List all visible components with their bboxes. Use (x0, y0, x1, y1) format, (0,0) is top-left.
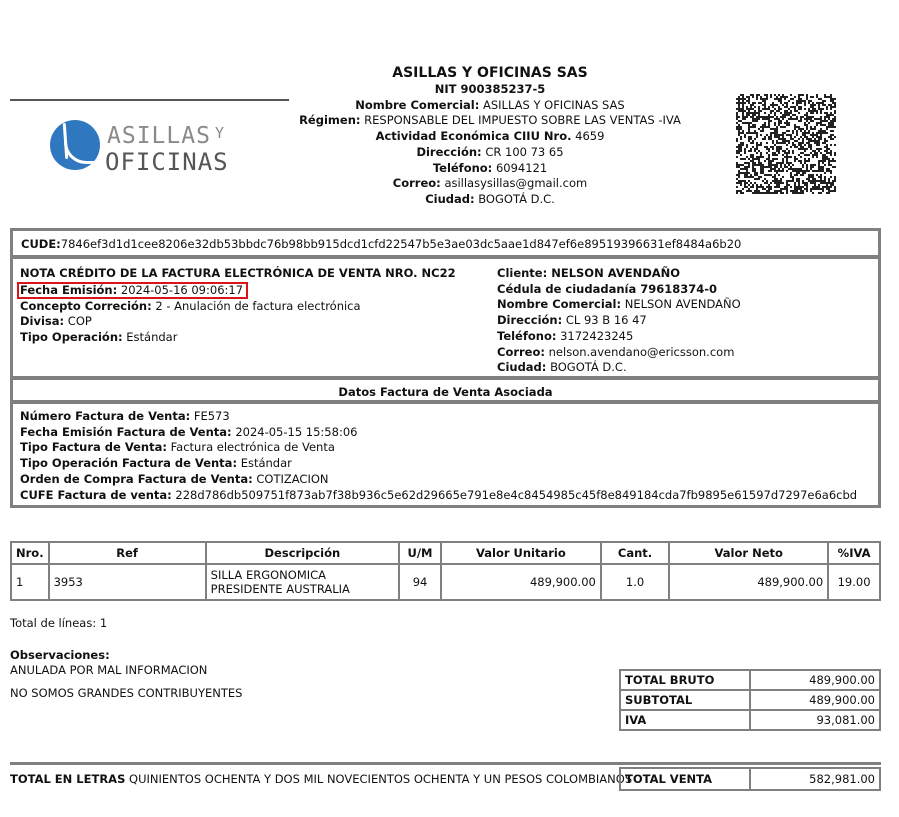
company-trade-name: Nombre Comercial: ASILLAS Y OFICINAS SAS (290, 98, 690, 114)
credit-note-box: NOTA CRÉDITO DE LA FACTURA ELECTRÓNICA D… (10, 256, 881, 379)
header-divider (10, 99, 289, 101)
invoice-cufe: CUFE Factura de venta: 228d786db509751f8… (20, 488, 871, 504)
total-lines: Total de líneas: 1 (10, 616, 107, 630)
table-row: 1 3953 SILLA ERGONOMICA PRESIDENTE AUSTR… (11, 564, 880, 600)
col-header-ref: Ref (49, 542, 206, 564)
col-header-nro: Nro. (11, 542, 49, 564)
total-in-words: TOTAL EN LETRAS QUINIENTOS OCHENTA Y DOS… (10, 772, 632, 786)
item-unit: 94 (399, 564, 441, 600)
item-quantity: 1.0 (601, 564, 669, 600)
totals-table: TOTAL BRUTO489,900.00 SUBTOTAL489,900.00… (619, 669, 881, 731)
client-phone: Teléfono: 3172423245 (497, 329, 741, 345)
observations: Observaciones: ANULADA POR MAL INFORMACI… (10, 648, 242, 701)
total-row-vat: IVA93,081.00 (620, 710, 880, 730)
col-header-unit-price: Valor Unitario (441, 542, 601, 564)
total-row-subtotal: SUBTOTAL489,900.00 (620, 690, 880, 710)
company-name: ASILLAS Y OFICINAS SAS (290, 64, 690, 82)
item-net-value: 489,900.00 (669, 564, 828, 600)
col-header-vat: %IVA (828, 542, 880, 564)
chair-logo-icon (50, 120, 100, 170)
total-sale-table: TOTAL VENTA582,981.00 (619, 767, 881, 791)
company-info: ASILLAS Y OFICINAS SAS NIT 900385237-5 N… (290, 64, 690, 208)
item-unit-price: 489,900.00 (441, 564, 601, 600)
correction-concept: Concepto Correción: 2 - Anulación de fac… (20, 299, 456, 315)
observations-label: Observaciones: (10, 648, 242, 663)
invoice-type: Tipo Factura de Venta: Factura electróni… (20, 440, 871, 456)
cude-label: CUDE: (21, 237, 61, 251)
taxpayer-note: NO SOMOS GRANDES CONTRIBUYENTES (10, 686, 242, 701)
item-nro: 1 (11, 564, 49, 600)
associated-invoice-box: Número Factura de Venta: FE573 Fecha Emi… (10, 401, 881, 508)
items-header-row: Nro. Ref Descripción U/M Valor Unitario … (11, 542, 880, 564)
col-header-description: Descripción (206, 542, 399, 564)
company-city: Ciudad: BOGOTÁ D.C. (290, 192, 690, 208)
issue-date-highlight: Fecha Emisión: 2024-05-16 09:06:17 (17, 282, 248, 299)
company-nit: NIT 900385237-5 (290, 82, 690, 98)
item-ref: 3953 (49, 564, 206, 600)
total-sale-row: TOTAL VENTA582,981.00 (620, 768, 880, 790)
items-table: Nro. Ref Descripción U/M Valor Unitario … (10, 541, 881, 601)
credit-note-info: NOTA CRÉDITO DE LA FACTURA ELECTRÓNICA D… (20, 266, 456, 346)
issue-date: 2024-05-16 09:06:17 (121, 283, 243, 297)
company-address: Dirección: CR 100 73 65 (290, 145, 690, 161)
operation-type: Tipo Operación: Estándar (20, 330, 456, 346)
credit-note-title: NOTA CRÉDITO DE LA FACTURA ELECTRÓNICA D… (20, 266, 456, 282)
col-header-unit: U/M (399, 542, 441, 564)
logo-text-line2: OFICINAS (105, 148, 229, 176)
purchase-order: Orden de Compra Factura de Venta: COTIZA… (20, 472, 871, 488)
client-info: Cliente: NELSON AVENDAÑO Cédula de ciuda… (497, 266, 741, 376)
col-header-net-value: Valor Neto (669, 542, 828, 564)
currency: Divisa: COP (20, 314, 456, 330)
client-address: Dirección: CL 93 B 16 47 (497, 313, 741, 329)
client-name: Cliente: NELSON AVENDAÑO (497, 266, 741, 282)
company-regime: Régimen: RESPONSABLE DEL IMPUESTO SOBRE … (290, 113, 690, 129)
cude-box: CUDE:7846ef3d1d1cee8206e32db53bbdc76b98b… (10, 228, 881, 258)
item-description: SILLA ERGONOMICA PRESIDENTE AUSTRALIA (206, 564, 399, 600)
total-row-gross: TOTAL BRUTO489,900.00 (620, 670, 880, 690)
qr-code-icon (736, 94, 836, 194)
client-email: Correo: nelson.avendano@ericsson.com (497, 345, 741, 361)
company-email: Correo: asillasysillas@gmail.com (290, 176, 690, 192)
invoice-date: Fecha Emisión Factura de Venta: 2024-05-… (20, 425, 871, 441)
associated-invoice-title: Datos Factura de Venta Asociada (10, 377, 881, 403)
invoice-number: Número Factura de Venta: FE573 (20, 409, 871, 425)
col-header-quantity: Cant. (601, 542, 669, 564)
company-ciiu: Actividad Económica CIIU Nro. 4659 (290, 129, 690, 145)
footer-divider (10, 762, 881, 765)
client-id: Cédula de ciudadanía 79618374-0 (497, 282, 741, 298)
client-city: Ciudad: BOGOTÁ D.C. (497, 360, 741, 376)
company-logo: ASILLASY OFICINAS (50, 120, 250, 176)
client-trade-name: Nombre Comercial: NELSON AVENDAÑO (497, 297, 741, 313)
cude-value: 7846ef3d1d1cee8206e32db53bbdc76b98bb915d… (61, 237, 742, 251)
logo-text-line1: ASILLASY (107, 123, 225, 149)
company-phone: Teléfono: 6094121 (290, 161, 690, 177)
invoice-operation-type: Tipo Operación Factura de Venta: Estánda… (20, 456, 871, 472)
item-vat: 19.00 (828, 564, 880, 600)
observations-text: ANULADA POR MAL INFORMACION (10, 663, 242, 678)
